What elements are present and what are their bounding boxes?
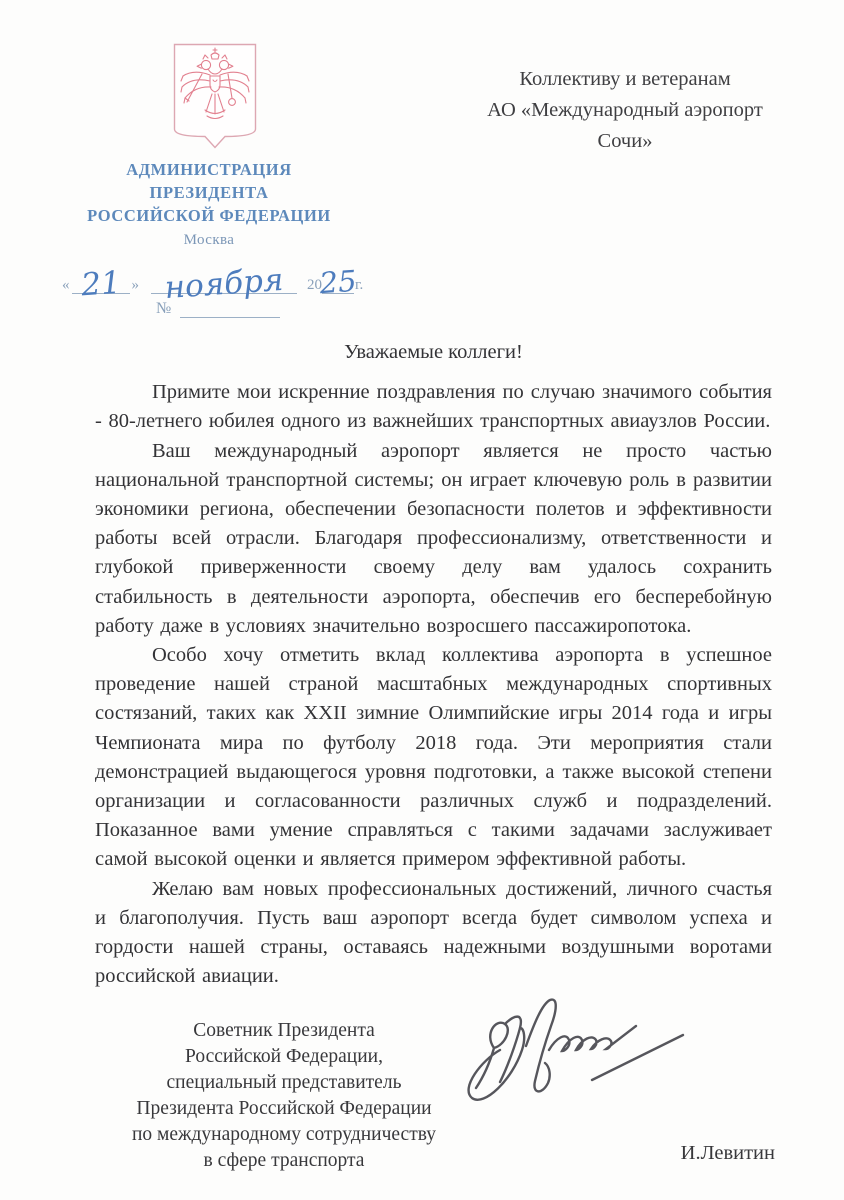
recipient-line-1: Коллективу и ветеранам <box>440 64 810 95</box>
letter-body: Уважаемые коллеги! Примите мои искренние… <box>95 338 772 991</box>
signer-title-block: Советник Президента Российской Федерации… <box>98 1018 470 1174</box>
signer-title-line-4: Президента Российской Федерации <box>98 1096 470 1122</box>
letterhead-org-name: АДМИНИСТРАЦИЯ ПРЕЗИДЕНТА РОССИЙСКОЙ ФЕДЕ… <box>44 158 374 227</box>
number-line: № <box>156 292 280 318</box>
city-label: Москва <box>44 232 374 249</box>
salutation: Уважаемые коллеги! <box>95 338 772 367</box>
coat-of-arms-icon <box>172 42 258 154</box>
org-name-line-2: ПРЕЗИДЕНТА <box>44 181 374 204</box>
body-paragraph-3: Особо хочу отметить вклад коллектива аэр… <box>95 641 772 875</box>
recipient-line-2: АО «Международный аэропорт <box>440 95 810 126</box>
number-sign: № <box>156 300 171 318</box>
signature-autograph <box>448 988 708 1128</box>
signer-name: И.Левитин <box>630 1142 775 1165</box>
signer-title-line-1: Советник Президента <box>98 1018 470 1044</box>
org-name-line-1: АДМИНИСТРАЦИЯ <box>44 158 374 181</box>
body-paragraph-1: Примите мои искренние поздравления по сл… <box>95 378 772 436</box>
date-year-value: 25 <box>319 266 358 299</box>
date-day-field: 21 <box>72 277 130 294</box>
recipient-line-3: Сочи» <box>440 126 810 157</box>
body-paragraph-2: Ваш международный аэропорт является не п… <box>95 437 772 641</box>
recipient-block: Коллективу и ветеранам АО «Международный… <box>440 64 810 157</box>
number-field <box>180 303 280 318</box>
org-name-line-3: РОССИЙСКОЙ ФЕДЕРАЦИИ <box>44 204 374 227</box>
signer-title-line-5: по международному сотрудничеству <box>98 1122 470 1148</box>
date-open-quote: « <box>60 277 72 294</box>
date-line: « 21 » ноября 20 25 г. <box>60 248 363 294</box>
date-year-field: 25 <box>322 277 354 294</box>
signer-title-line-6: в сфере транспорта <box>98 1148 470 1174</box>
signer-title-line-3: специальный представитель <box>98 1070 470 1096</box>
date-day-value: 21 <box>80 268 121 301</box>
body-paragraph-4: Желаю вам новых профессиональных достиже… <box>95 875 772 992</box>
letter-page: АДМИНИСТРАЦИЯ ПРЕЗИДЕНТА РОССИЙСКОЙ ФЕДЕ… <box>0 0 844 1200</box>
date-close-quote: » <box>130 277 142 294</box>
signer-title-line-2: Российской Федерации, <box>98 1044 470 1070</box>
